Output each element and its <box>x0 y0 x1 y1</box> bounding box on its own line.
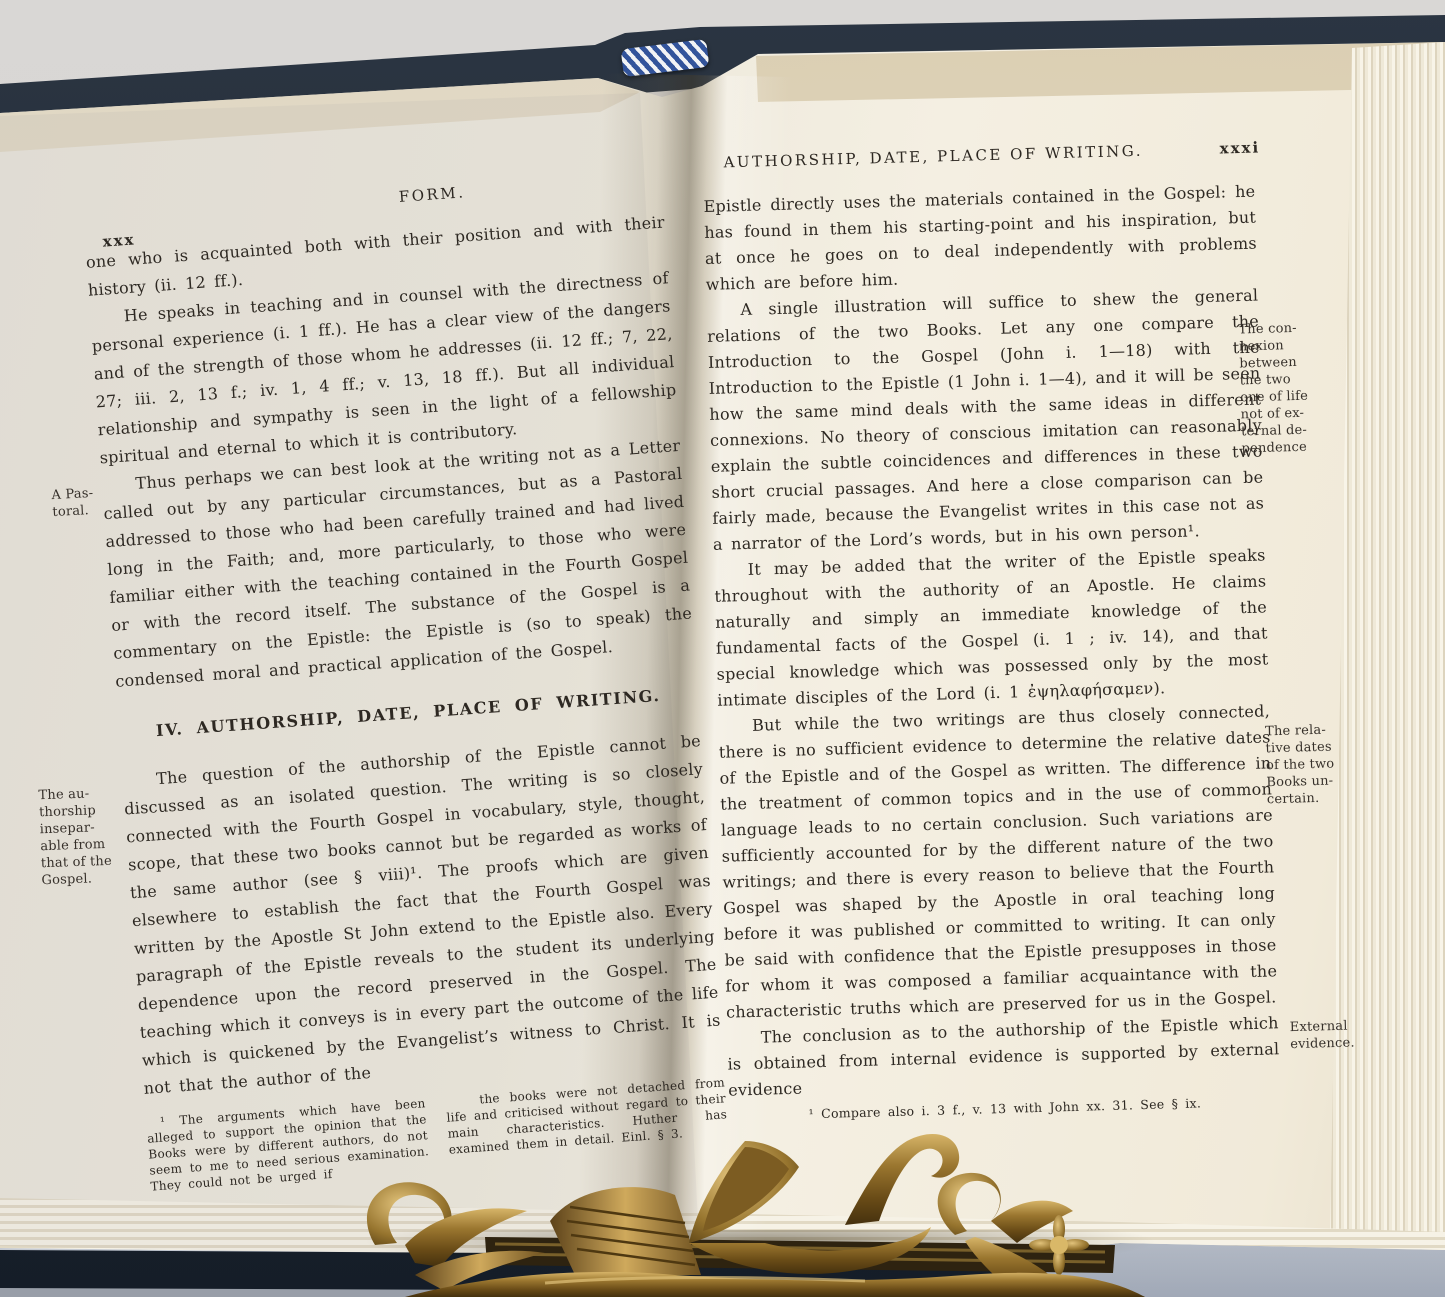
page-number: xxx <box>102 225 137 255</box>
paragraph: But while the two writings are thus clos… <box>718 698 1278 1025</box>
paragraph: Thus perhaps we can best look at the wri… <box>101 432 695 696</box>
right-page: AUTHORSHIP, DATE, PLACE OF WRITING. xxxi… <box>702 135 1281 1130</box>
paragraph: It may be added that the writer of the E… <box>713 542 1269 713</box>
margin-note: The con- nexion between the two one of l… <box>1238 319 1352 458</box>
paragraph: A single illustration will suffice to sh… <box>706 283 1265 558</box>
page-number: xxxi <box>1219 134 1260 161</box>
margin-note: The au- thorship insepar- able from that… <box>38 785 112 889</box>
brass-stand-ornament <box>345 1125 1185 1297</box>
paragraph: The question of the authorship of the Ep… <box>121 727 723 1103</box>
paragraph: Epistle directly uses the materials cont… <box>703 179 1258 298</box>
margin-note: A Pas- toral. <box>51 485 94 521</box>
margin-note: The rela- tive dates of the two Books un… <box>1265 721 1367 809</box>
margin-note: External evidence. <box>1290 1017 1381 1053</box>
photo-open-book: xxx FORM. one who is acquainted both wit… <box>0 0 1445 1297</box>
left-page: xxx FORM. one who is acquainted both wit… <box>82 165 730 1195</box>
